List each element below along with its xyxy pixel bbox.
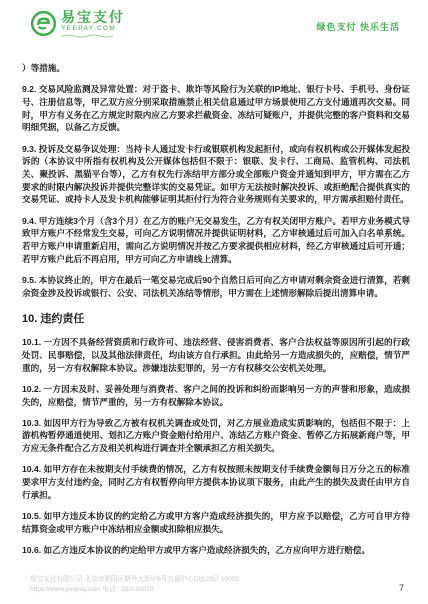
clause-10-3: 10.3. 如因甲方行为导致乙方被有权机关调查或处罚，对乙方展业造成实质影响的，… [22,417,410,455]
clause-10-6: 10.6. 如乙方违反本协议的约定给甲方或甲方客户造成经济损失的，乙方应向甲方进… [22,544,410,557]
footer-info: 易宝支付有限公司 北京市朝阳区朝外大街甲6号万通中心D座23层 10002 ht… [30,575,239,594]
clause-9-5: 9.5. 本协议终止的，甲方在最后一笔交易完成后90个自然日后可向乙方申请对剩余… [22,274,410,299]
footer-contact-line: https://www.yeepay.com 电话：010-95070 [30,585,239,595]
brand-wave-underline-icon [61,34,113,38]
clause-10-1: 10.1. 一方因不具备经营资质和行政许可、违法经营、侵害消费者、客户合法权益等… [22,336,410,374]
clause-10-4: 10.4. 如甲方存在未按期支付手续费的情况，乙方有权按照未按期支付手续费金额每… [22,463,410,501]
clause-10-5: 10.5. 如甲方违反本协议的约定给乙方或甲方客户造成经济损失的，甲方应予以赔偿… [22,510,410,535]
section-10-heading: 10. 违约责任 [22,312,410,326]
footer-company-line: 易宝支付有限公司 北京市朝阳区朝外大街甲6号万通中心D座23层 10002 [30,575,239,585]
page-header: 易宝支付 YEEPAY.COM 绿色支付 快乐生活 [30,10,400,38]
brand-name: 易宝支付 [61,10,125,24]
paragraph-intro-fragment: ）等措施。 [22,62,410,75]
clause-10-2: 10.2. 一方因未及时、妥善处理与消费者、客户之间的投诉和纠纷而影响另一方的声… [22,383,410,408]
logo-text: 易宝支付 YEEPAY.COM [61,10,125,38]
document-body: ）等措施。 9.2. 交易风险监测及异常处置：对于盗卡、欺诈等风险行为关联的IP… [22,62,410,557]
yeepay-e-circle-icon [30,10,57,37]
page-number: 7 [399,583,404,594]
yeepay-logo: 易宝支付 YEEPAY.COM [30,10,125,38]
brand-domain: YEEPAY.COM [61,26,125,33]
document-page: 易宝支付 YEEPAY.COM 绿色支付 快乐生活 ）等措施。 9.2. 交易风… [0,0,428,604]
page-footer: 易宝支付有限公司 北京市朝阳区朝外大街甲6号万通中心D座23层 10002 ht… [30,575,404,594]
clause-9-4: 9.4. 甲方连续3个月（含3个月）在乙方的账户无交易发生，乙方有权关闭甲方账户… [22,215,410,266]
clause-9-3: 9.3. 投诉及交易争议处理：当持卡人通过发卡行或银联机构发起拒付，或向有权机构… [22,143,410,207]
header-slogan: 绿色支付 快乐生活 [316,20,400,33]
clause-9-2: 9.2. 交易风险监测及异常处置：对于盗卡、欺诈等风险行为关联的IP地址、银行卡… [22,83,410,134]
